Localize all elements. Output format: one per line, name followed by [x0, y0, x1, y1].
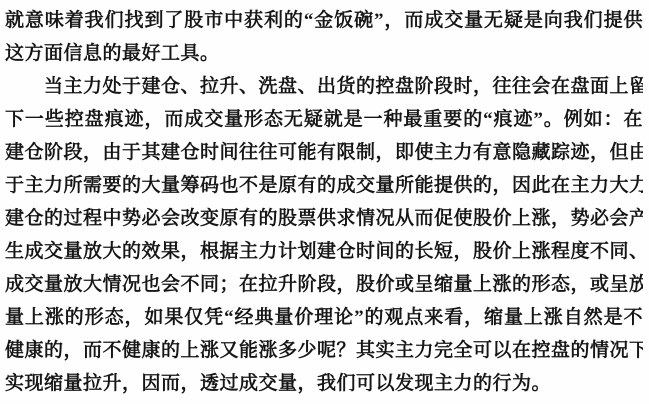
text-line: 建仓阶段，由于其建仓时间往往可能有限制，即使主力有意隐藏踪迹，但由	[5, 136, 643, 169]
document-text: 就意味着我们找到了股市中获利的“金饭碗”，而成交量无疑是向我们提供 这方面信息的…	[5, 4, 643, 400]
text-line: 实现缩量拉升，因而，透过成交量，我们可以发现主力的行为。	[5, 367, 643, 400]
text-line: 于主力所需要的大量筹码也不是原有的成交量所能提供的，因此在主力大力	[5, 169, 643, 202]
text-line: 就意味着我们找到了股市中获利的“金饭碗”，而成交量无疑是向我们提供	[5, 4, 643, 37]
text-line: 量上涨的形态，如果仅凭“经典量价理论”的观点来看，缩量上涨自然是不	[5, 301, 643, 334]
text-line: 生成交量放大的效果，根据主力计划建仓时间的长短，股价上涨程度不同、	[5, 235, 643, 268]
text-line: 下一些控盘痕迹，而成交量形态无疑就是一种最重要的“痕迹”。例如：在	[5, 103, 643, 136]
text-line: 健康的，而不健康的上涨又能涨多少呢？其实主力完全可以在控盘的情况下	[5, 334, 643, 367]
text-line: 建仓的过程中势必会改变原有的股票供求情况从而促使股价上涨，势必会产	[5, 202, 643, 235]
book-page: 就意味着我们找到了股市中获利的“金饭碗”，而成交量无疑是向我们提供 这方面信息的…	[0, 0, 649, 404]
text-line: 这方面信息的最好工具。	[5, 37, 643, 70]
text-line: 成交量放大情况也会不同；在拉升阶段，股价或呈缩量上涨的形态，或呈放	[5, 268, 643, 301]
text-line paragraph-start: 当主力处于建仓、拉升、洗盘、出货的控盘阶段时，往往会在盘面上留	[5, 70, 643, 103]
